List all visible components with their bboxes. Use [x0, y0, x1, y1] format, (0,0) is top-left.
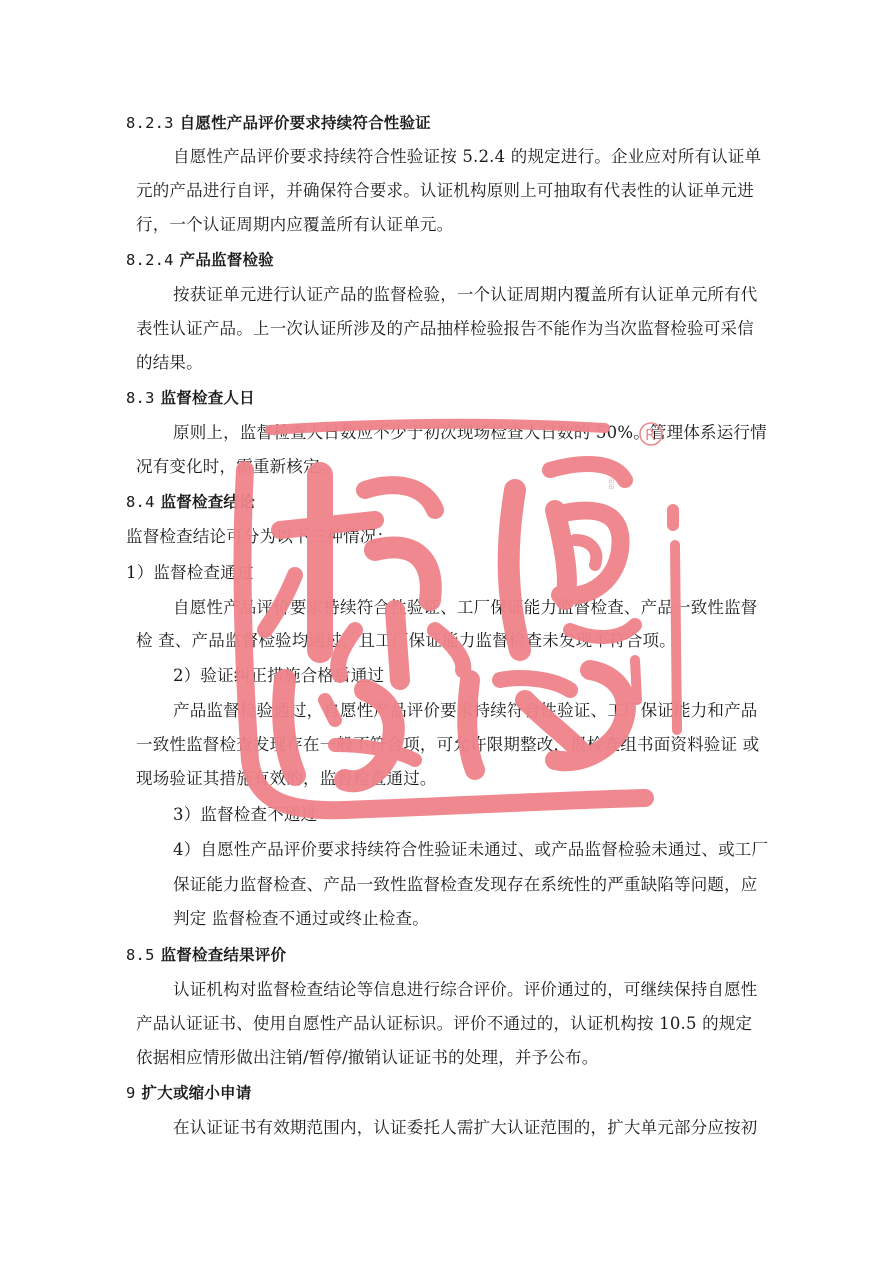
section-number: 8.5 — [126, 946, 155, 964]
section-title: 扩大或缩小申请 — [142, 1084, 252, 1102]
watermark-seal-text: 印印 — [606, 478, 614, 490]
paragraph-line: 原则上，监督检查人日数应不少于初次现场检查人日数的 50%。管理体系运行情 — [173, 422, 767, 444]
paragraph-line: 监督检查结论可分为以下三种情况： — [126, 526, 393, 548]
paragraph-line: 表性认证产品。上一次认证所涉及的产品抽样检验报告不能作为当次监督检验可采信 — [136, 318, 754, 340]
paragraph-line: 产品认证证书、使用自愿性产品认证标识。评价不通过的，认证机构按 10.5 的规定 — [136, 1013, 752, 1035]
section-number: 8.3 — [126, 389, 155, 407]
section-title: 监督检查人日 — [161, 389, 255, 407]
document-page: 8.2.3自愿性产品评价要求持续符合性验证自愿性产品评价要求持续符合性验证按 5… — [0, 0, 893, 1263]
section-title: 自愿性产品评价要求持续符合性验证 — [180, 114, 431, 132]
section-heading: 9扩大或缩小申请 — [126, 1082, 251, 1104]
section-title: 监督检查结论 — [161, 493, 255, 511]
section-heading: 8.2.4产品监督检验 — [126, 249, 274, 271]
section-number: 8.4 — [126, 493, 155, 511]
paragraph-line: 1）监督检查通过 — [126, 562, 254, 584]
section-title: 产品监督检验 — [180, 251, 274, 269]
paragraph-line: 认证机构对监督检查结论等信息进行综合评价。评价通过的，可继续保持自愿性 — [173, 979, 758, 1001]
paragraph-line: 依据相应情形做出注销/暂停/撤销认证证书的处理，并予公布。 — [136, 1047, 598, 1069]
paragraph-line: 自愿性产品评价要求持续符合性验证按 5.2.4 的规定进行。企业应对所有认证单 — [173, 146, 761, 168]
paragraph-line: 2）验证纠正措施合格后通过 — [173, 665, 384, 687]
paragraph-line: 判定 监督检查不通过或终止检查。 — [173, 908, 429, 930]
section-number: 8.2.4 — [126, 251, 174, 269]
section-number: 9 — [126, 1084, 136, 1102]
paragraph-line: 3）监督检查不通过 — [173, 804, 317, 826]
paragraph-line: 一致性监督检查发现存在一般不符合项，可允许限期整改，报检查组书面资料验证 或 — [136, 734, 759, 756]
paragraph-line: 在认证证书有效期范围内，认证委托人需扩大认证范围的，扩大单元部分应按初 — [173, 1117, 758, 1139]
paragraph-line: 按获证单元进行认证产品的监督检验，一个认证周期内覆盖所有认证单元所有代 — [173, 284, 758, 306]
paragraph-line: 行，一个认证周期内应覆盖所有认证单元。 — [136, 214, 453, 236]
paragraph-line: 检 查、产品监督检验均通过，且工厂保证能力监督检查未发现不符合项。 — [136, 630, 676, 652]
paragraph-line: 产品监督检验通过，自愿性产品评价要求持续符合性验证、工厂保证能力和产品 — [173, 700, 758, 722]
section-title: 监督检查结果评价 — [161, 946, 287, 964]
section-heading: 8.2.3自愿性产品评价要求持续符合性验证 — [126, 112, 431, 134]
paragraph-line: 现场验证其措施有效的，监督检查通过。 — [136, 768, 437, 790]
section-number: 8.2.3 — [126, 114, 174, 132]
paragraph-line: 元的产品进行自评，并确保符合要求。认证机构原则上可抽取有代表性的认证单元进 — [136, 180, 754, 202]
paragraph-line: 保证能力监督检查、产品一致性监督检查发现存在系统性的严重缺陷等问题，应 — [173, 874, 758, 896]
section-heading: 8.5监督检查结果评价 — [126, 944, 286, 966]
paragraph-line: 4）自愿性产品评价要求持续符合性验证未通过、或产品监督检验未通过、或工厂 — [173, 839, 768, 861]
section-heading: 8.4监督检查结论 — [126, 491, 255, 513]
section-heading: 8.3监督检查人日 — [126, 387, 255, 409]
paragraph-line: 自愿性产品评价要求持续符合性验证、工厂保证能力监督检查、产品一致性监督 — [173, 597, 758, 619]
paragraph-line: 的结果。 — [136, 352, 203, 374]
paragraph-line: 况有变化时，需重新核定。 — [136, 456, 336, 478]
